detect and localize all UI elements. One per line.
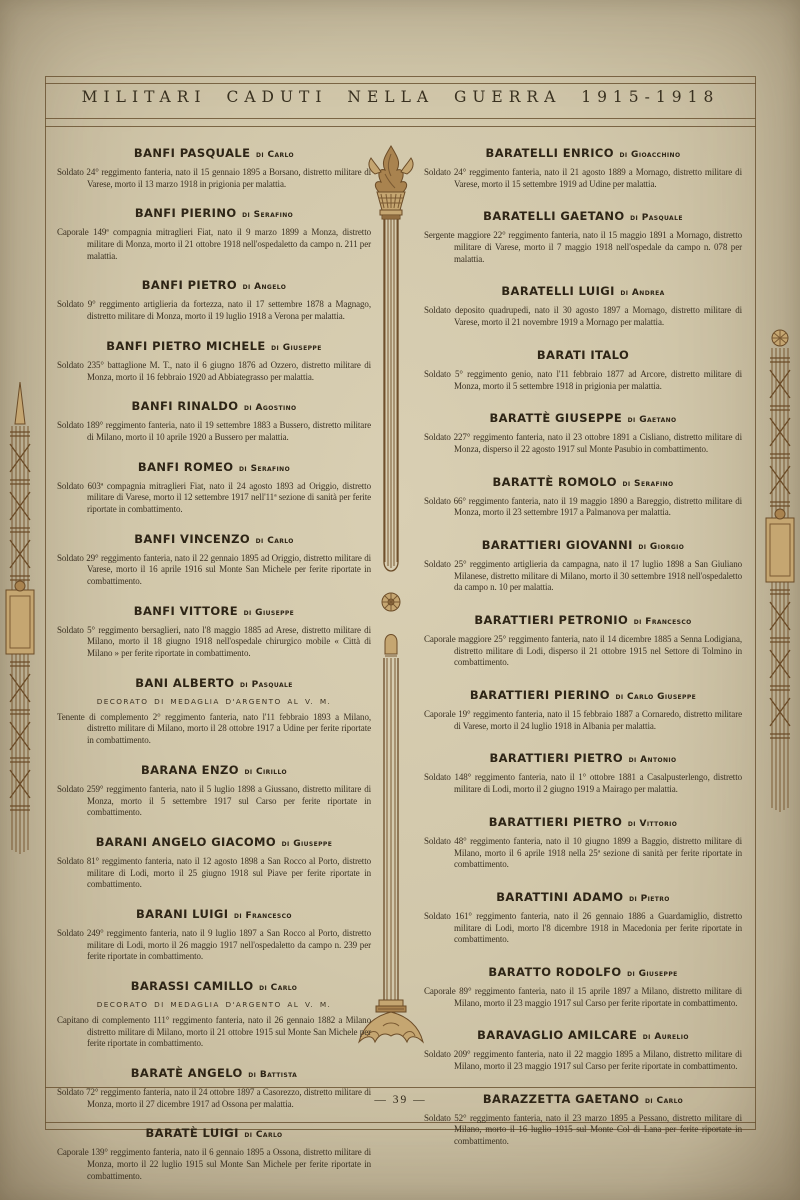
entry-father: di Vittorio bbox=[628, 819, 677, 829]
entry-father: di Giuseppe bbox=[271, 343, 322, 353]
entry-name: BARATTIERI PETRONIO bbox=[474, 613, 628, 627]
entry-text: Soldato 25° reggimento artiglieria da ca… bbox=[424, 559, 742, 594]
entry: BARATTIERI PIETRO di Antonio Soldato 148… bbox=[424, 747, 742, 795]
entry-heading: BANFI ROMEO di Serafino bbox=[57, 456, 371, 475]
entry-heading: BANFI PASQUALE di Carlo bbox=[57, 142, 371, 161]
entry-heading: BARAVAGLIO AMILCARE di Aurelio bbox=[424, 1024, 742, 1043]
entry: BARATTIERI PIETRO di Vittorio Soldato 48… bbox=[424, 811, 742, 871]
entry-father: di Battista bbox=[248, 1070, 297, 1080]
entry-father: di Carlo bbox=[259, 983, 297, 993]
entry: BARATELLI ENRICO di Gioacchino Soldato 2… bbox=[424, 142, 742, 190]
entry-name: BARATTÈ GIUSEPPE bbox=[489, 411, 622, 425]
entry-father: di Gioacchino bbox=[620, 150, 681, 160]
entry-name: BARATELLI GAETANO bbox=[483, 209, 624, 223]
entry-heading: BARATTÈ GIUSEPPE di Gaetano bbox=[424, 407, 742, 426]
entry-heading: BARASSI CAMILLO di Carlo bbox=[57, 975, 371, 994]
entry-text: Caporale maggiore 25° reggimento fanteri… bbox=[424, 634, 742, 669]
entry-heading: BANFI PIETRO MICHELE di Giuseppe bbox=[57, 335, 371, 354]
entry-father: di Carlo Giuseppe bbox=[615, 692, 696, 702]
entry-name: BANFI PASQUALE bbox=[134, 146, 250, 160]
entry-text: Soldato 5° reggimento genio, nato l'11 f… bbox=[424, 369, 742, 392]
entry-name: BARASSI CAMILLO bbox=[131, 979, 254, 993]
entry-heading: BARATÈ ANGELO di Battista bbox=[57, 1062, 371, 1081]
entry-text: Soldato deposito quadrupedi, nato il 30 … bbox=[424, 305, 742, 328]
entry-text: Soldato 9° reggimento artiglieria da for… bbox=[57, 299, 371, 322]
entry-father: di Giuseppe bbox=[282, 839, 333, 849]
entry-name: BANFI VINCENZO bbox=[134, 532, 250, 546]
entry: BANFI PIETRO MICHELE di Giuseppe Soldato… bbox=[57, 335, 371, 383]
entry-name: BANFI ROMEO bbox=[138, 460, 234, 474]
entry-name: BANFI PIETRO bbox=[142, 278, 237, 292]
entry-text: Soldato 24° reggimento fanteria, nato il… bbox=[424, 167, 742, 190]
entry-name: BARATÈ LUIGI bbox=[146, 1126, 239, 1140]
entry-heading: BARATTÈ ROMOLO di Serafino bbox=[424, 471, 742, 490]
entry-father: di Gaetano bbox=[628, 415, 677, 425]
entry: BARANI ANGELO GIACOMO di Giuseppe Soldat… bbox=[57, 831, 371, 891]
entry: BANFI VINCENZO di Carlo Soldato 29° regg… bbox=[57, 528, 371, 588]
entry-heading: BANI ALBERTO di Pasquale bbox=[57, 672, 371, 691]
entry-name: BANFI RINALDO bbox=[131, 399, 238, 413]
entry-name: BARATTIERI PIETRO bbox=[489, 815, 623, 829]
entry: BARATTÈ GIUSEPPE di Gaetano Soldato 227°… bbox=[424, 407, 742, 455]
entry-heading: BARANI LUIGI di Francesco bbox=[57, 903, 371, 922]
entry-name: BARANI ANGELO GIACOMO bbox=[96, 835, 276, 849]
entry-name: BARATTIERI PIETRO bbox=[489, 751, 623, 765]
entry-name: BARATTÈ ROMOLO bbox=[492, 475, 617, 489]
entry: BARATELLI GAETANO di Pasquale Sergente m… bbox=[424, 205, 742, 265]
entry-text: Caporale 139° reggimento fanteria, nato … bbox=[57, 1147, 371, 1182]
entry-name: BANFI PIETRO MICHELE bbox=[106, 339, 265, 353]
entry-father: di Serafino bbox=[239, 464, 290, 474]
entry-text: Soldato 29° reggimento fanteria, nato il… bbox=[57, 553, 371, 588]
entry: BARATELLI LUIGI di Andrea Soldato deposi… bbox=[424, 280, 742, 328]
entry-text: Capitano di complemento 111° reggimento … bbox=[57, 1015, 371, 1050]
entry: BARATTIERI PETRONIO di Francesco Caporal… bbox=[424, 609, 742, 669]
entry-heading: BARATTIERI PIETRO di Antonio bbox=[424, 747, 742, 766]
entry-name: BARATELLI ENRICO bbox=[486, 146, 614, 160]
entry-heading: BARATELLI LUIGI di Andrea bbox=[424, 280, 742, 299]
entry-text: Soldato 48° reggimento fanteria, nato il… bbox=[424, 836, 742, 871]
entry-text: Soldato 81° reggimento fanteria, nato il… bbox=[57, 856, 371, 891]
entry-heading: BARATTIERI PETRONIO di Francesco bbox=[424, 609, 742, 628]
entry-name: BANFI PIERINO bbox=[135, 206, 237, 220]
entry-father: di Angelo bbox=[243, 282, 287, 292]
entry-heading: BARATTIERI PIERINO di Carlo Giuseppe bbox=[424, 684, 742, 703]
entry-name: BARATÈ ANGELO bbox=[131, 1066, 243, 1080]
entry: BANFI PIETRO di Angelo Soldato 9° reggim… bbox=[57, 274, 371, 322]
entry-heading: BARANI ANGELO GIACOMO di Giuseppe bbox=[57, 831, 371, 850]
entry-father: di Francesco bbox=[634, 617, 692, 627]
frame-rule-right bbox=[755, 77, 756, 1129]
entry-father: di Serafino bbox=[623, 479, 674, 489]
entry-father: di Pasquale bbox=[630, 213, 683, 223]
entry-father: di Giorgio bbox=[638, 542, 684, 552]
entry-text: Tenente di complemento 2° reggimento fan… bbox=[57, 712, 371, 747]
entry-heading: BARATELLI GAETANO di Pasquale bbox=[424, 205, 742, 224]
entry-father: di Francesco bbox=[234, 911, 292, 921]
entry-text: Soldato 603ª compagnia mitraglieri Fiat,… bbox=[57, 481, 371, 516]
entry-father: di Andrea bbox=[620, 288, 664, 298]
entry: BARATÈ LUIGI di Carlo Caporale 139° regg… bbox=[57, 1122, 371, 1182]
entry-heading: BARATTO RODOLFO di Giuseppe bbox=[424, 961, 742, 980]
frame-rule-left bbox=[45, 77, 46, 1129]
frame-rule-top-2 bbox=[45, 83, 756, 84]
entry-father: di Carlo bbox=[244, 1130, 282, 1140]
entry-heading: BANFI VINCENZO di Carlo bbox=[57, 528, 371, 547]
entry-heading: BARANA ENZO di Cirillo bbox=[57, 759, 371, 778]
entry-heading: BARATTIERI GIOVANNI di Giorgio bbox=[424, 534, 742, 553]
entry-heading: BARATTIERI PIETRO di Vittorio bbox=[424, 811, 742, 830]
entry-heading: BARATTINI ADAMO di Pietro bbox=[424, 886, 742, 905]
entry: BANFI RINALDO di Agostino Soldato 189° r… bbox=[57, 395, 371, 443]
entry: BANFI ROMEO di Serafino Soldato 603ª com… bbox=[57, 456, 371, 516]
entry-name: BARAVAGLIO AMILCARE bbox=[477, 1028, 637, 1042]
entry: BANFI PIERINO di Serafino Caporale 149ª … bbox=[57, 202, 371, 262]
entry-heading: BARATÈ LUIGI di Carlo bbox=[57, 1122, 371, 1141]
entry: BARATI ITALO Soldato 5° reggimento genio… bbox=[424, 344, 742, 392]
entry-father: di Serafino bbox=[242, 210, 293, 220]
entry: BANFI PASQUALE di Carlo Soldato 24° regg… bbox=[57, 142, 371, 190]
entry-father: di Carlo bbox=[256, 150, 294, 160]
entry-father: di Pasquale bbox=[240, 680, 293, 690]
entry-father: di Giuseppe bbox=[627, 969, 678, 979]
entry: BARATTÈ ROMOLO di Serafino Soldato 66° r… bbox=[424, 471, 742, 519]
entry-decoration: DECORATO DI MEDAGLIA D'ARGENTO AL V. M. bbox=[57, 697, 371, 706]
entry-text: Soldato 52° reggimento fanteria, nato il… bbox=[424, 1113, 742, 1148]
entry-name: BARATTIERI GIOVANNI bbox=[482, 538, 633, 552]
entry: BANI ALBERTO di Pasquale DECORATO DI MED… bbox=[57, 672, 371, 747]
entry: BANFI VITTORE di Giuseppe Soldato 5° reg… bbox=[57, 600, 371, 660]
entry-text: Sergente maggiore 22° reggimento fanteri… bbox=[424, 230, 742, 265]
entry-father: di Pietro bbox=[629, 894, 670, 904]
entry-text: Soldato 227° reggimento fanteria, nato i… bbox=[424, 432, 742, 455]
entry-heading: BANFI PIETRO di Angelo bbox=[57, 274, 371, 293]
frame-rule-under-title-1 bbox=[45, 118, 756, 119]
entry-text: Soldato 189° reggimento fanteria, nato i… bbox=[57, 420, 371, 443]
entry-heading: BANFI VITTORE di Giuseppe bbox=[57, 600, 371, 619]
entry-heading: BANFI PIERINO di Serafino bbox=[57, 202, 371, 221]
entry-name: BANI ALBERTO bbox=[135, 676, 234, 690]
entry-text: Caporale 149ª compagnia mitraglieri Fiat… bbox=[57, 227, 371, 262]
entry-name: BARATELLI LUIGI bbox=[501, 284, 614, 298]
entry-name: BARATTINI ADAMO bbox=[496, 890, 623, 904]
entry-name: BARATI ITALO bbox=[537, 348, 629, 362]
entry-text: Soldato 148° reggimento fanteria, nato i… bbox=[424, 772, 742, 795]
entry-name: BANFI VITTORE bbox=[134, 604, 238, 618]
frame-rule-top-1 bbox=[45, 76, 756, 77]
entry: BARANI LUIGI di Francesco Soldato 249° r… bbox=[57, 903, 371, 963]
entry-heading: BANFI RINALDO di Agostino bbox=[57, 395, 371, 414]
entry: BARASSI CAMILLO di Carlo DECORATO DI MED… bbox=[57, 975, 371, 1050]
column-left: BANFI PASQUALE di Carlo Soldato 24° regg… bbox=[57, 132, 371, 1084]
entry: BARATTO RODOLFO di Giuseppe Caporale 89°… bbox=[424, 961, 742, 1009]
entry-father: di Giuseppe bbox=[244, 608, 295, 618]
column-right: BARATELLI ENRICO di Gioacchino Soldato 2… bbox=[424, 132, 742, 1084]
entry: BARATTINI ADAMO di Pietro Soldato 161° r… bbox=[424, 886, 742, 946]
entry-text: Soldato 259° reggimento fanteria, nato i… bbox=[57, 784, 371, 819]
entry: BARATTIERI GIOVANNI di Giorgio Soldato 2… bbox=[424, 534, 742, 594]
entry: BARANA ENZO di Cirillo Soldato 259° regg… bbox=[57, 759, 371, 819]
entry-heading: BARATI ITALO bbox=[424, 344, 742, 363]
entry-heading: BARATELLI ENRICO di Gioacchino bbox=[424, 142, 742, 161]
entry-text: Soldato 209° reggimento fanteria, nato i… bbox=[424, 1049, 742, 1072]
entry-text: Caporale 89° reggimento fanteria, nato i… bbox=[424, 986, 742, 1009]
entry-father: di Cirillo bbox=[244, 767, 287, 777]
entry-father: di Antonio bbox=[629, 755, 677, 765]
entry-name: BARANI LUIGI bbox=[136, 907, 228, 921]
entry-name: BARATTO RODOLFO bbox=[488, 965, 621, 979]
entry-text: Soldato 5° reggimento bersaglieri, nato … bbox=[57, 625, 371, 660]
entry-father: di Aurelio bbox=[643, 1032, 689, 1042]
fasces-right-ornament bbox=[760, 328, 800, 813]
entry-text: Soldato 249° reggimento fanteria, nato i… bbox=[57, 928, 371, 963]
entry-text: Soldato 161° reggimento fanteria, nato i… bbox=[424, 911, 742, 946]
entry-father: di Agostino bbox=[244, 403, 297, 413]
entry-text: Caporale 19° reggimento fanteria, nato i… bbox=[424, 709, 742, 732]
entry-text: Soldato 66° reggimento fanteria, nato il… bbox=[424, 496, 742, 519]
entry-father: di Carlo bbox=[256, 536, 294, 546]
fasces-left-ornament bbox=[0, 380, 40, 855]
entry-name: BARATTIERI PIERINO bbox=[470, 688, 610, 702]
entry: BARATTIERI PIERINO di Carlo Giuseppe Cap… bbox=[424, 684, 742, 732]
frame-rule-under-title-2 bbox=[45, 126, 756, 127]
entry-name: BARANA ENZO bbox=[141, 763, 239, 777]
entry-text: Soldato 24° reggimento fanteria, nato il… bbox=[57, 167, 371, 190]
entry-decoration: DECORATO DI MEDAGLIA D'ARGENTO AL V. M. bbox=[57, 1000, 371, 1009]
entry-text: Soldato 235° battaglione M. T., nato il … bbox=[57, 360, 371, 383]
page-number: — 39 — bbox=[45, 1094, 756, 1106]
page-title: MILITARI CADUTI NELLA GUERRA 1915-1918 bbox=[45, 88, 756, 106]
entry: BARAVAGLIO AMILCARE di Aurelio Soldato 2… bbox=[424, 1024, 742, 1072]
